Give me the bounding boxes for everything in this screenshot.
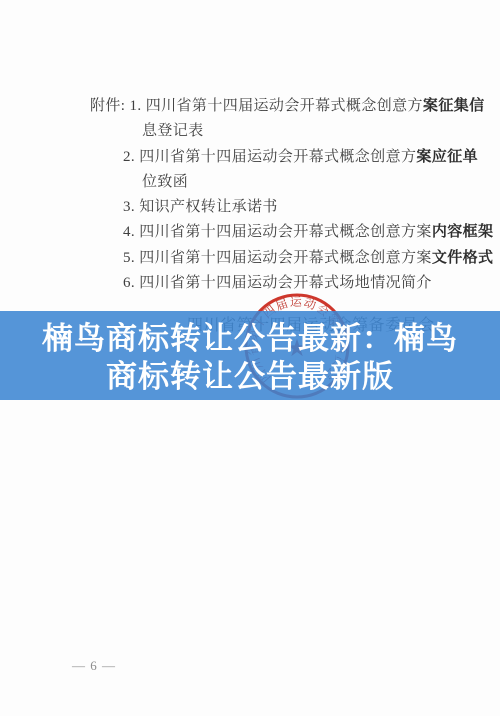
attachment-line: 附件: 1. 四川省第十四届运动会开幕式概念创意方案征集信 [90,94,492,119]
attachment-line: 息登记表 [90,119,492,144]
document-page: 附件: 1. 四川省第十四届运动会开幕式概念创意方案征集信息登记表2. 四川省第… [0,0,500,716]
attachment-line: 2. 四川省第十四届运动会开幕式概念创意方案应征单 [90,145,492,170]
banner-title-line2: 商标转让公告最新版 [0,358,500,396]
page-number: — 6 — [72,658,116,674]
headline-banner: 楠鸟商标转让公告最新：楠鸟 商标转让公告最新版 [0,311,500,400]
attachment-line: 3. 知识产权转让承诺书 [90,195,492,220]
attachment-line: 5. 四川省第十四届运动会开幕式概念创意方案文件格式 [90,246,492,271]
attachment-line: 位致函 [90,170,492,195]
attachment-list: 附件: 1. 四川省第十四届运动会开幕式概念创意方案征集信息登记表2. 四川省第… [90,94,492,296]
banner-title-line1: 楠鸟商标转让公告最新：楠鸟 [0,320,500,358]
attachment-line: 4. 四川省第十四届运动会开幕式概念创意方案内容框架 [90,220,492,245]
